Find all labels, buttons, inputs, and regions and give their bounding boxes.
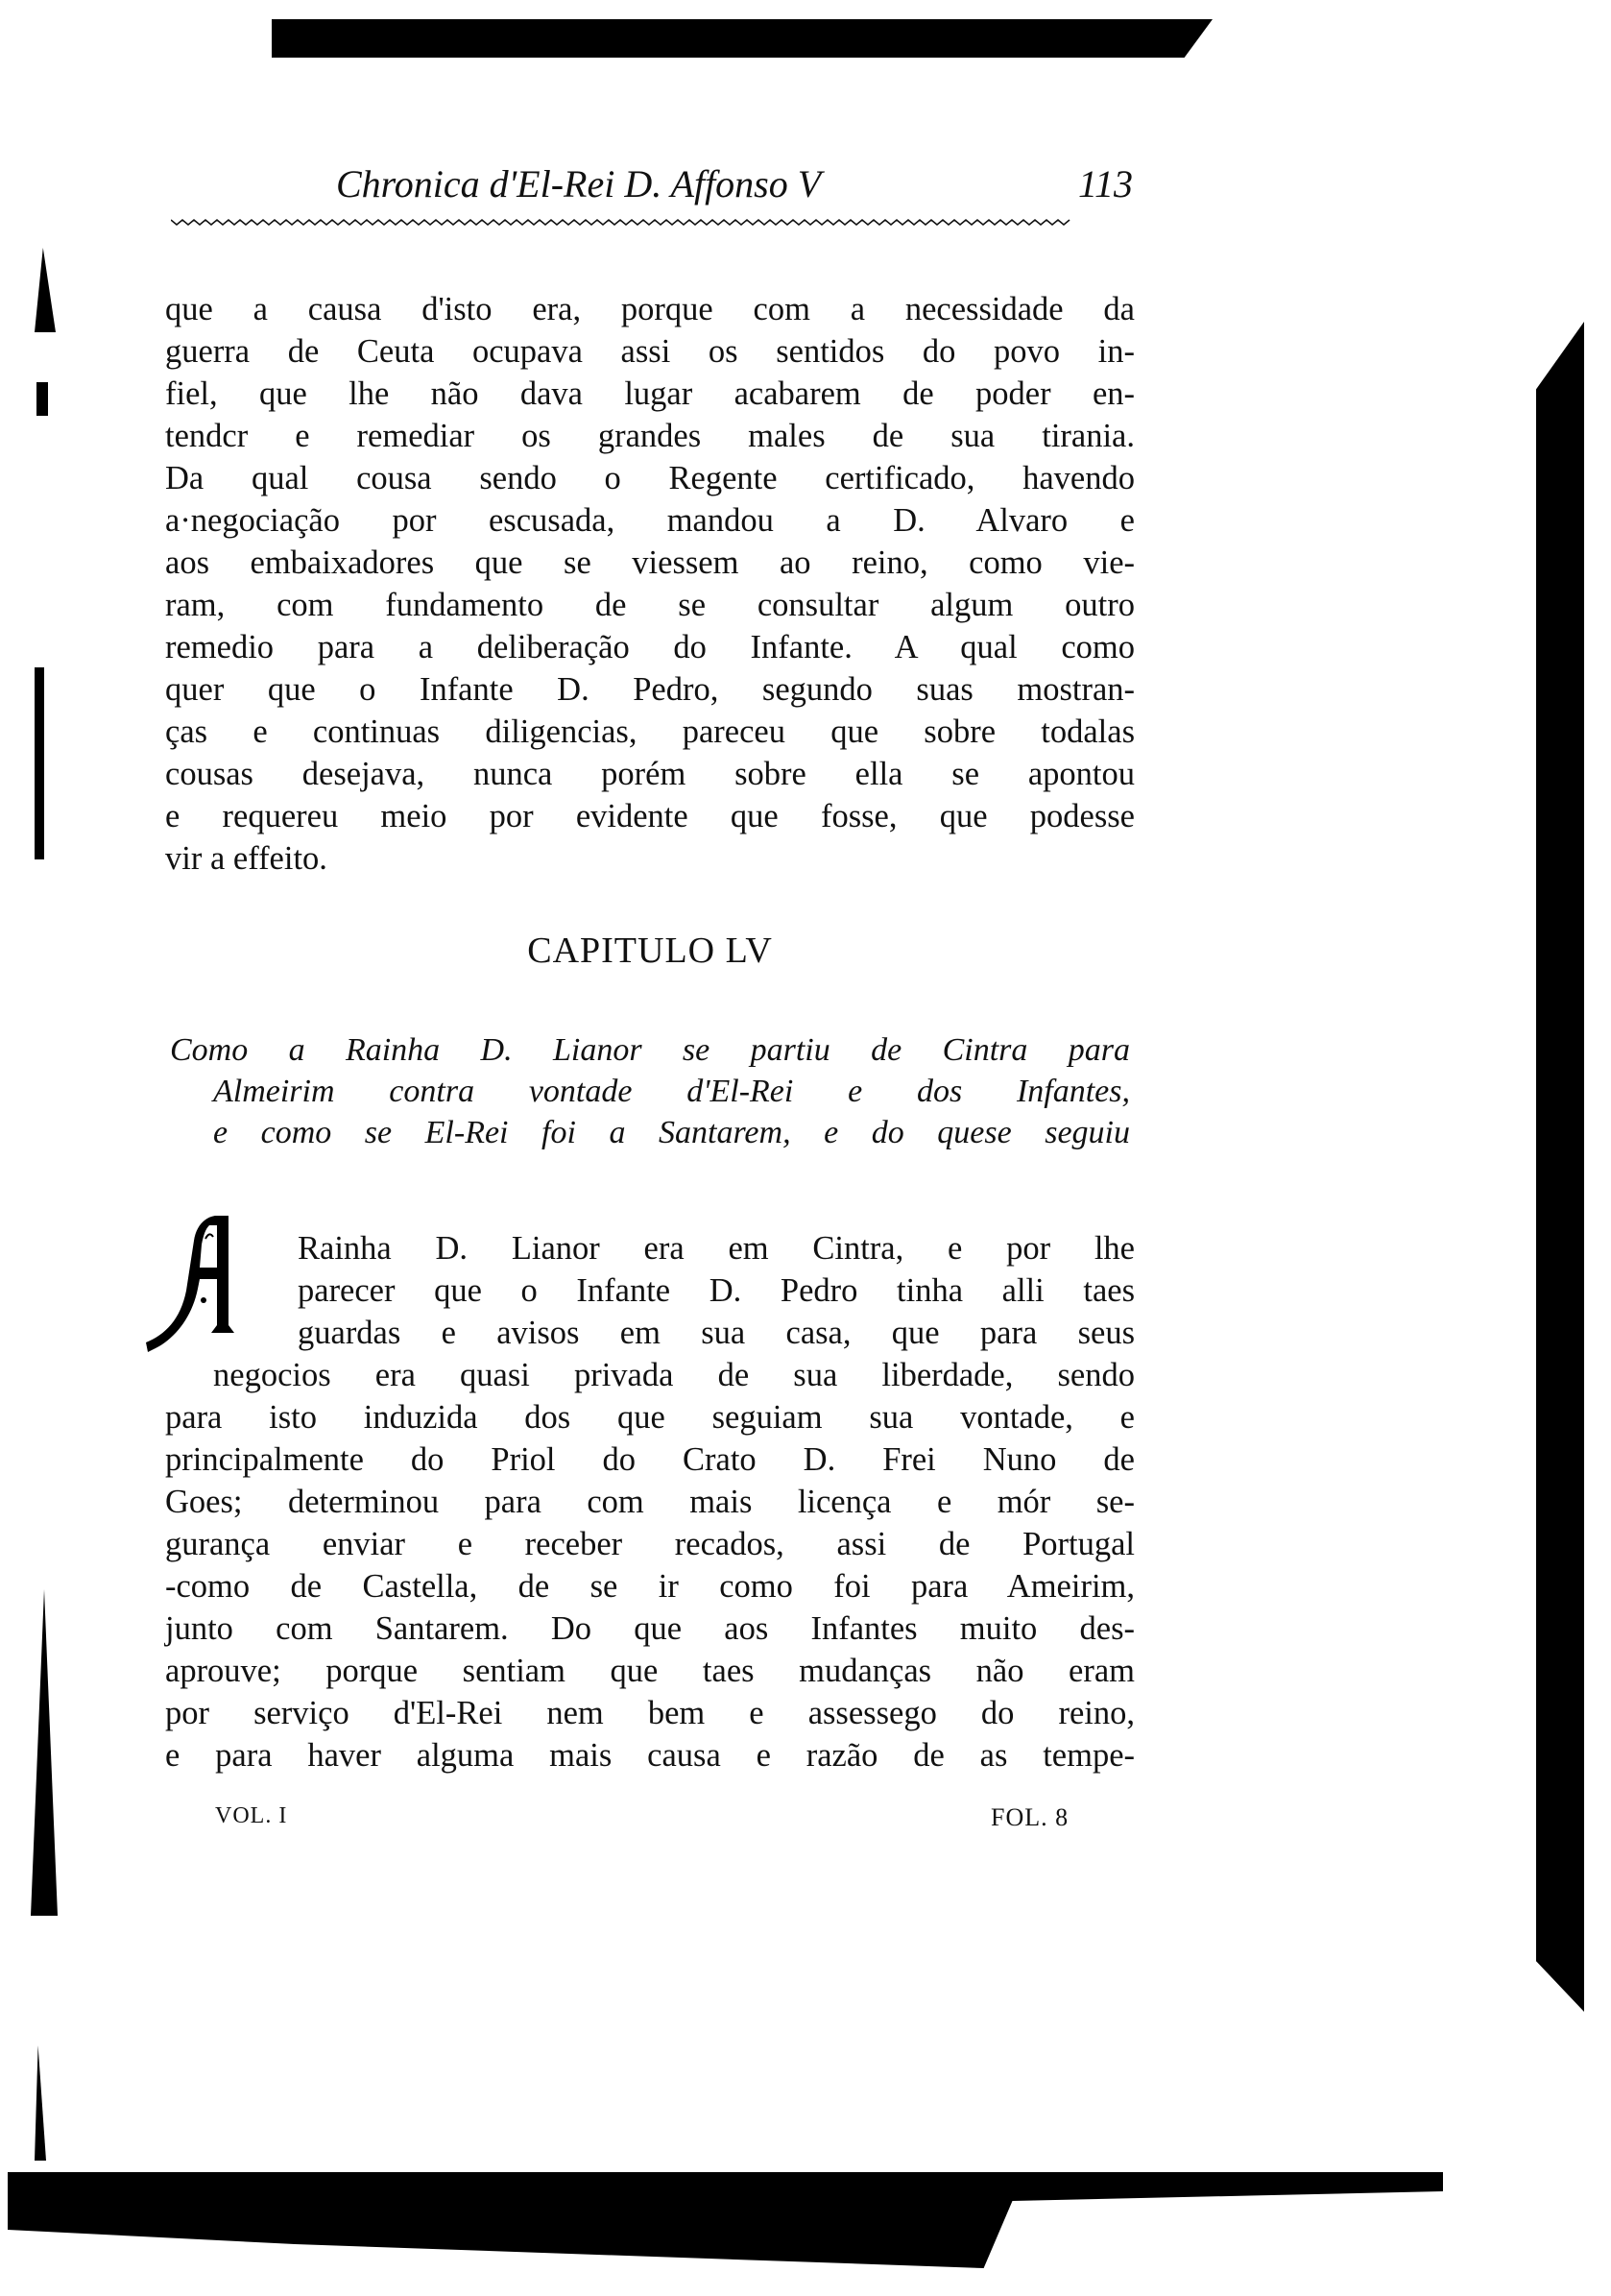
text-line: Rainha D. Lianor era em Cintra, e por lh… — [298, 1227, 1135, 1269]
text-line: gurança enviar e receber recados, assi d… — [165, 1523, 1135, 1565]
text-line: negocios era quasi privada de sua liberd… — [213, 1354, 1135, 1396]
page-body: que a causa d'isto era, porque com a nec… — [165, 0, 1135, 2296]
chapter-heading: CAPITULO LV — [165, 930, 1135, 972]
scan-edge-left-mark-2 — [36, 382, 48, 416]
signature-mark: FOL. 8 — [991, 1803, 1069, 1832]
scan-edge-left-mark-1 — [35, 248, 56, 332]
text-line: ças e continuas diligencias, pareceu que… — [165, 711, 1135, 753]
scan-edge-right — [1536, 322, 1584, 2012]
text-line: parecer que o Infante D. Pedro tinha all… — [298, 1269, 1135, 1312]
text-line: cousas desejava, nunca porém sobre ella … — [165, 753, 1135, 795]
text-line: para isto induzida dos que seguiam sua v… — [165, 1396, 1135, 1438]
text-line: quer que o Infante D. Pedro, segundo sua… — [165, 668, 1135, 711]
chapter-subtitle-line: Almeirim contra vontade d'El-Rei e dos I… — [213, 1074, 1130, 1110]
volume-label: VOL. I — [215, 1803, 287, 1829]
text-line: remedio para a deliberação do Infante. A… — [165, 626, 1135, 668]
text-line: e requereu meio por evidente que fosse, … — [165, 795, 1135, 837]
text-line: Da qual cousa sendo o Regente certificad… — [165, 457, 1135, 499]
text-line: Goes; determinou para com mais licença e… — [165, 1481, 1135, 1523]
text-line: ram, com fundamento de se consultar algu… — [165, 584, 1135, 626]
text-line: junto com Santarem. Do que aos Infantes … — [165, 1607, 1135, 1650]
text-line: -como de Castella, de se ir como foi par… — [165, 1565, 1135, 1607]
text-line: tendcr e remediar os grandes males de su… — [165, 415, 1135, 457]
scan-edge-left-mark-3 — [35, 667, 44, 859]
chapter-subtitle-line: e como se El-Rei foi a Santarem, e do qu… — [213, 1115, 1130, 1151]
chapter-subtitle-line: Como a Rainha D. Lianor se partiu de Cin… — [170, 1032, 1130, 1069]
text-line: que a causa d'isto era, porque com a nec… — [165, 288, 1135, 330]
text-line: a·negociação por escusada, mandou a D. A… — [165, 499, 1135, 542]
text-line: por serviço d'El-Rei nem bem e assessego… — [165, 1692, 1135, 1734]
text-line: vir a effeito. — [165, 837, 1135, 880]
text-line: aos embaixadores que se viessem ao reino… — [165, 542, 1135, 584]
text-line: principalmente do Priol do Crato D. Frei… — [165, 1438, 1135, 1481]
text-line: fiel, que lhe não dava lugar acabarem de… — [165, 373, 1135, 415]
text-line: guardas e avisos em sua casa, que para s… — [298, 1312, 1135, 1354]
scan-edge-left-mark-5 — [35, 2045, 46, 2161]
text-line: e para haver alguma mais causa e razão d… — [165, 1734, 1135, 1776]
text-line: guerra de Ceuta ocupava assi os sentidos… — [165, 330, 1135, 373]
drop-cap-letter — [146, 1212, 271, 1356]
text-line: aprouve; porque sentiam que taes mudança… — [165, 1650, 1135, 1692]
scan-edge-left-mark-4 — [31, 1589, 58, 1916]
